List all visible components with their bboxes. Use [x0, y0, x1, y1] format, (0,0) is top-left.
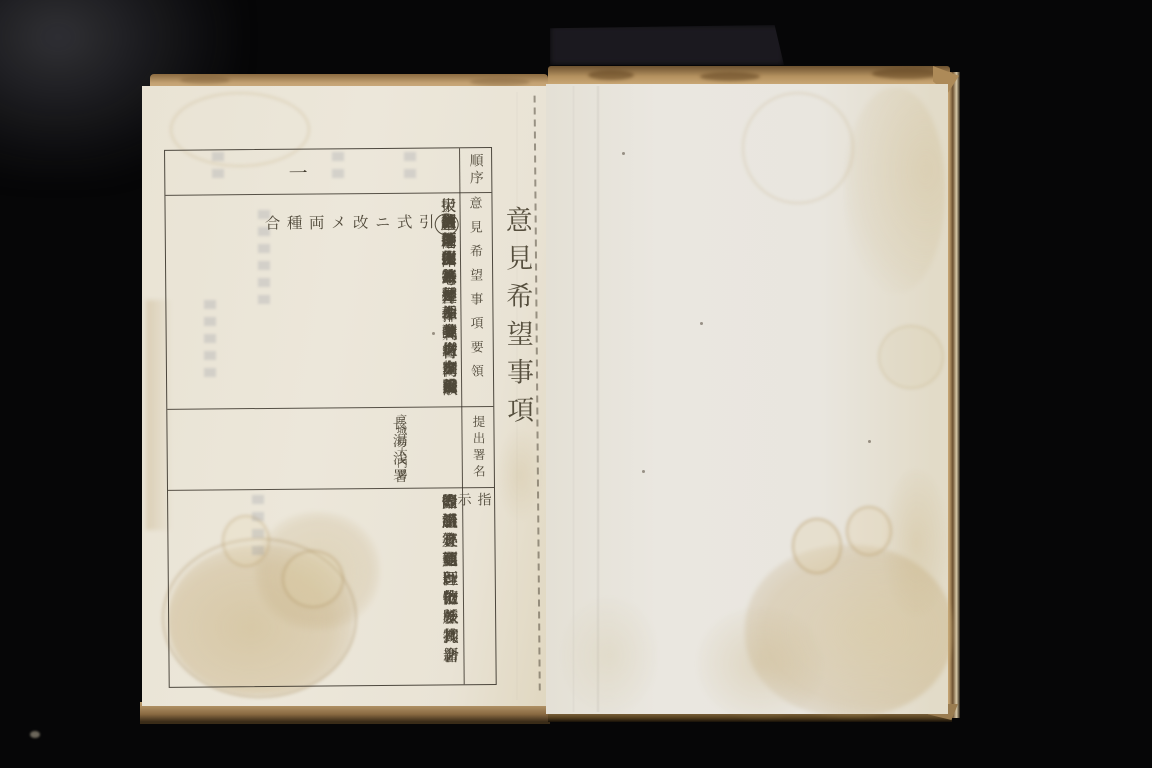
order-number: 一 [283, 154, 313, 190]
page-title: 意見希望事項 [498, 206, 538, 476]
summary-text-block: 大正七年七月十九日内訓 甲第十四号差押刊行物取 扱ニ関スル件 刊行物差押命令綴ヲ… [167, 197, 460, 408]
col-header-instruction: 指示 [462, 492, 497, 684]
submitter-signature: 京城西大門署 長湯浅署 [345, 412, 410, 491]
document-content: 意見希望事項 順序 意見希望事項要領 提出署名 指示 一 大正七年七月十九日内訓… [0, 0, 1152, 768]
ruled-table: 順序 意見希望事項要領 提出署名 指示 一 大正七年七月十九日内訓 甲第十四号差… [164, 147, 497, 688]
photo-stage: 意見希望事項 順序 意見希望事項要領 提出署名 指示 一 大正七年七月十九日内訓… [0, 0, 1152, 768]
col-header-summary: 意見希望事項要領 [459, 196, 494, 404]
col-header-submitter: 提出署名 [461, 410, 495, 486]
text-column: ヘシ [438, 493, 460, 532]
col-header-order: 順序 [459, 150, 492, 190]
text-run: 索引式ニ改メ両種合 [261, 213, 459, 233]
row-divider [165, 192, 491, 196]
signature-name: 長湯浅署 [383, 412, 410, 486]
row-divider [168, 487, 494, 491]
instruction-text-block: 詮議シ難シ 但シ必要ニ依リ其署 ニ於テ刊行物差押命 令綴及第一號様式ノ 索引ヲ更… [284, 493, 462, 687]
text-column: 併ノ方法ヲ採ラレタシ [438, 197, 460, 396]
